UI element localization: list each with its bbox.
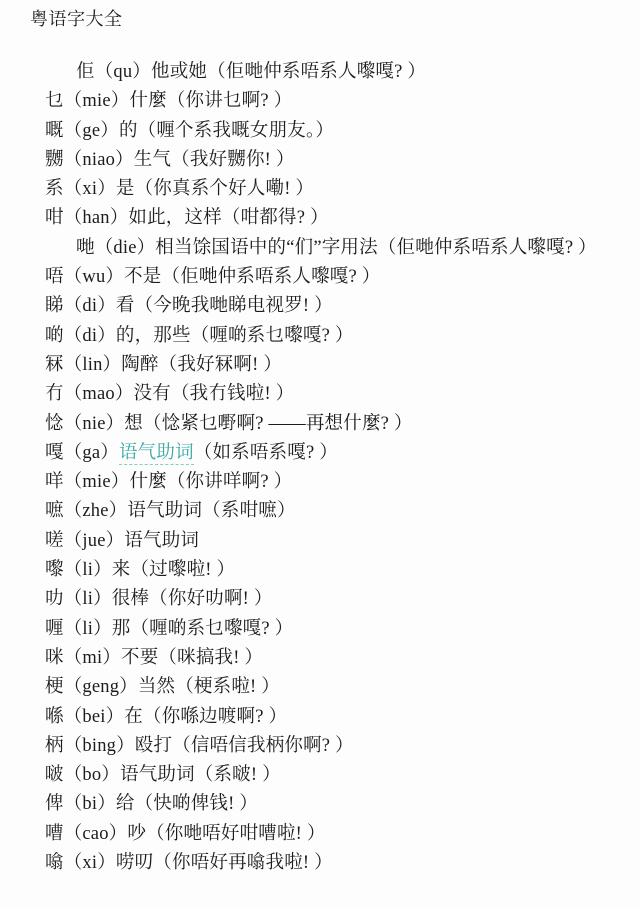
entry-text: 惗（nie）想（惗紧乜嘢啊? ——再想什麼? ） <box>45 414 413 434</box>
entry-text: 乜（mie）什麼（你讲乜啊? ） <box>45 91 292 111</box>
entry-text: 咩（mie）什麼（你讲咩啊? ） <box>45 472 292 492</box>
entry-text: 冇（mao）没有（我冇钱啦! ） <box>45 384 294 404</box>
entry-line: 冇（mao）没有（我冇钱啦! ） <box>45 380 632 409</box>
entry-text: 嘈（cao）吵（你哋唔好咁嘈啦! ） <box>45 824 326 844</box>
entry-text: 睇（di）看（今晚我哋睇电视罗! ） <box>45 296 333 316</box>
entry-line: 乜（mie）什麼（你讲乜啊? ） <box>45 87 632 116</box>
entry-line: 睇（di）看（今晚我哋睇电视罗! ） <box>45 292 632 321</box>
entry-text: 啵（bo）语气助词（系啵! ） <box>45 765 281 785</box>
entry-list: 佢（qu）他或她（佢哋仲系唔系人嚟嘎? ）乜（mie）什麼（你讲乜啊? ）嘅（g… <box>6 58 632 878</box>
entry-line: 喱（li）那（喱啲系乜嚟嘎? ） <box>45 615 632 644</box>
entry-text: （如系唔系嘎? ） <box>194 443 338 463</box>
entry-text: 喱（li）那（喱啲系乜嚟嘎? ） <box>45 619 293 639</box>
entry-line: 冧（lin）陶醉（我好冧啊! ） <box>45 351 632 380</box>
entry-text: 梗（geng）当然（梗系啦! ） <box>45 677 280 697</box>
entry-line: 嬲（niao）生气（我好嬲你! ） <box>45 146 632 175</box>
entry-text: 嗻（zhe）语气助词（系咁嗻） <box>45 501 296 521</box>
entry-line: 嘅（ge）的（喱个系我嘅女朋友。） <box>45 117 632 146</box>
entry-text: 俾（bi）给（快啲俾钱! ） <box>45 794 258 814</box>
entry-text: 嘎（ga） <box>45 443 119 463</box>
entry-line: 咁（han）如此，这样（咁都得? ） <box>45 204 632 233</box>
entry-line: 俾（bi）给（快啲俾钱! ） <box>45 790 632 819</box>
entry-text: 嬲（niao）生气（我好嬲你! ） <box>45 150 295 170</box>
entry-line: 噏（xi）唠叨（你唔好再噏我啦! ） <box>45 849 632 878</box>
document-page: 粤语字大全 佢（qu）他或她（佢哋仲系唔系人嚟嘎? ）乜（mie）什麼（你讲乜啊… <box>0 0 640 909</box>
entry-text: 噏（xi）唠叨（你唔好再噏我啦! ） <box>45 853 333 873</box>
entry-text: 唔（wu）不是（佢哋仲系唔系人嚟嘎? ） <box>45 267 380 287</box>
entry-line: 唔（wu）不是（佢哋仲系唔系人嚟嘎? ） <box>45 263 632 292</box>
entry-line: 咩（mie）什麼（你讲咩啊? ） <box>45 468 632 497</box>
entry-text: 冧（lin）陶醉（我好冧啊! ） <box>45 355 282 375</box>
entry-line: 柄（bing）殴打（信唔信我柄你啊? ） <box>45 732 632 761</box>
entry-text: 咪（mi）不要（咪搞我! ） <box>45 648 263 668</box>
entry-line: 啲（di）的，那些（喱啲系乜嚟嘎? ） <box>45 322 632 351</box>
entry-line: 系（xi）是（你真系个好人嘞! ） <box>45 175 632 204</box>
entry-line: 嚟（li）来（过嚟啦! ） <box>45 556 632 585</box>
entry-line: 嘈（cao）吵（你哋唔好咁嘈啦! ） <box>45 820 632 849</box>
page-title: 粤语字大全 <box>30 6 632 32</box>
entry-line: 嘎（ga）语气助词（如系唔系嘎? ） <box>45 439 632 468</box>
entry-text: 叻（li）很棒（你好叻啊! ） <box>45 589 273 609</box>
entry-text: 佢（qu）他或她（佢哋仲系唔系人嚟嘎? ） <box>76 62 426 82</box>
entry-line: 嗟（jue）语气助词 <box>45 527 632 556</box>
annotated-term-link[interactable]: 语气助词 <box>119 443 194 465</box>
entry-text: 嘅（ge）的（喱个系我嘅女朋友。） <box>45 121 334 141</box>
entry-line: 叻（li）很棒（你好叻啊! ） <box>45 585 632 614</box>
entry-text: 啲（di）的，那些（喱啲系乜嚟嘎? ） <box>45 326 354 346</box>
entry-text: 系（xi）是（你真系个好人嘞! ） <box>45 179 314 199</box>
entry-line: 哋（die）相当馀国语中的“们”字用法（佢哋仲系唔系人嚟嘎? ） <box>6 234 632 263</box>
entry-line: 咪（mi）不要（咪搞我! ） <box>45 644 632 673</box>
entry-text: 柄（bing）殴打（信唔信我柄你啊? ） <box>45 736 354 756</box>
entry-line: 啵（bo）语气助词（系啵! ） <box>45 761 632 790</box>
entry-line: 喺（bei）在（你喺边喥啊? ） <box>45 703 632 732</box>
entry-text: 咁（han）如此，这样（咁都得? ） <box>45 208 329 228</box>
entry-line: 佢（qu）他或她（佢哋仲系唔系人嚟嘎? ） <box>6 58 632 87</box>
entry-text: 喺（bei）在（你喺边喥啊? ） <box>45 707 287 727</box>
entry-text: 哋（die）相当馀国语中的“们”字用法（佢哋仲系唔系人嚟嘎? ） <box>76 238 597 258</box>
entry-line: 嗻（zhe）语气助词（系咁嗻） <box>45 497 632 526</box>
entry-line: 梗（geng）当然（梗系啦! ） <box>45 673 632 702</box>
entry-line: 惗（nie）想（惗紧乜嘢啊? ——再想什麼? ） <box>45 410 632 439</box>
entry-text: 嚟（li）来（过嚟啦! ） <box>45 560 235 580</box>
entry-text: 嗟（jue）语气助词 <box>45 531 199 551</box>
